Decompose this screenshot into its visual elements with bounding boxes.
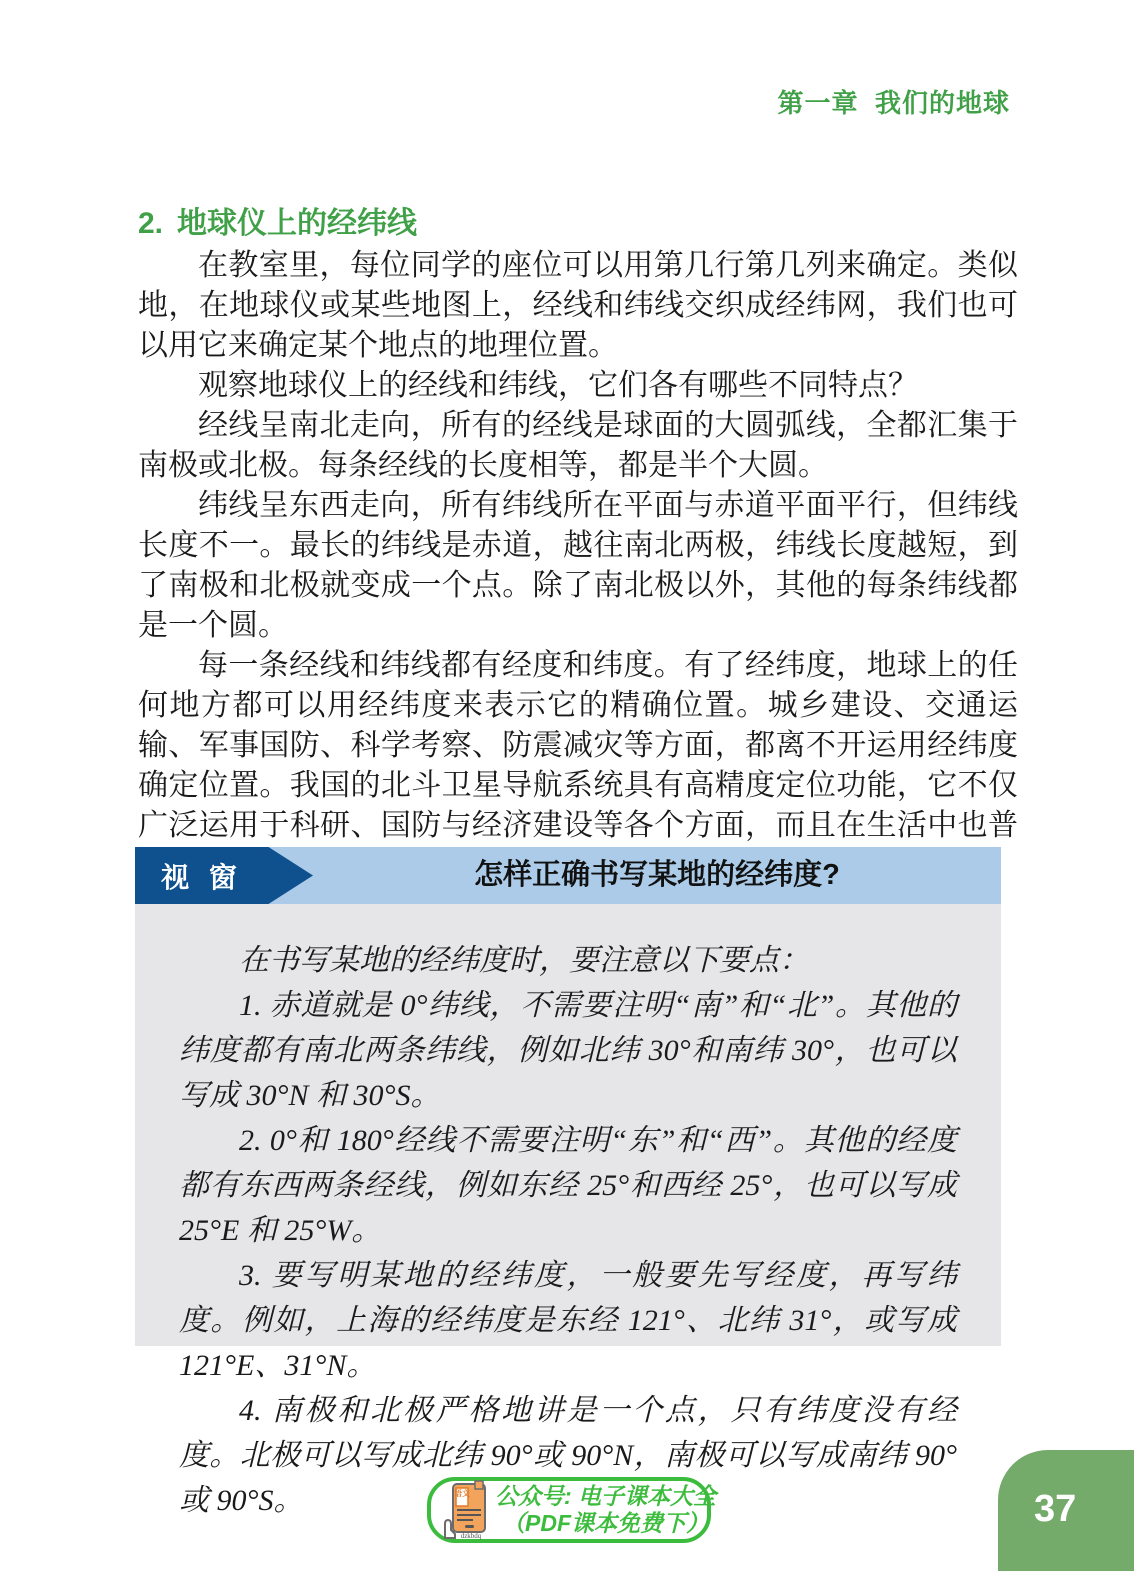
window-box-body: 在书写某地的经纬度时，要注意以下要点： 1. 赤道就是 0°纬线，不需要注明“南… xyxy=(135,904,1001,1346)
ebook-hand-icon: 语文 dzkbdq xyxy=(439,1480,495,1540)
page-corner: 37 xyxy=(998,1450,1134,1571)
watermark-text: 公众号: 电子课本大全 （PDF课本免费下） xyxy=(495,1483,716,1537)
window-box-title: 怎样正确书写某地的经纬度? xyxy=(313,847,1001,904)
page-number: 37 xyxy=(1034,1488,1076,1531)
section-title: 地球仪上的经纬线 xyxy=(177,207,417,240)
section-heading: 2.地球仪上的经纬线 xyxy=(138,198,417,242)
icon-caption: dzkbdq xyxy=(461,1532,482,1540)
paragraph: 纬线呈东西走向，所有纬线所在平面与赤道平面平行，但纬线长度不一。最长的纬线是赤道… xyxy=(138,486,1018,646)
window-box-point: 3. 要写明某地的经纬度，一般要先写经度，再写纬度。例如，上海的经纬度是东经 1… xyxy=(179,1253,957,1388)
watermark-badge: 语文 dzkbdq 公众号: 电子课本大全 （PDF课本免费下） xyxy=(427,1477,711,1543)
textbook-page: 第一章 我们的地球 2.地球仪上的经纬线 在教室里，每位同学的座位可以用第几行第… xyxy=(0,0,1134,1571)
watermark-line2: （PDF课本免费下） xyxy=(495,1510,716,1537)
watermark-line1: 公众号: 电子课本大全 xyxy=(495,1483,716,1510)
icon-subject-label: 语文 xyxy=(454,1488,470,1498)
body-text: 在教室里，每位同学的座位可以用第几行第几列来确定。类似地，在地球仪或某些地图上，… xyxy=(138,246,1018,886)
window-sidebar-box: 视 窗 怎样正确书写某地的经纬度? 在书写某地的经纬度时，要注意以下要点： 1.… xyxy=(135,847,1001,1346)
paragraph: 在教室里，每位同学的座位可以用第几行第几列来确定。类似地，在地球仪或某些地图上，… xyxy=(138,246,1018,366)
window-box-header: 视 窗 怎样正确书写某地的经纬度? xyxy=(135,847,1001,904)
paragraph: 观察地球仪上的经线和纬线，它们各有哪些不同特点？ xyxy=(138,366,1018,406)
window-box-intro: 在书写某地的经纬度时，要注意以下要点： xyxy=(179,938,957,983)
paragraph: 经线呈南北走向，所有的经线是球面的大圆弧线，全都汇集于南极或北极。每条经线的长度… xyxy=(138,406,1018,486)
window-tab-banner: 视 窗 xyxy=(135,847,313,904)
window-box-point: 1. 赤道就是 0°纬线，不需要注明“南”和“北”。其他的纬度都有南北两条纬线，… xyxy=(179,983,957,1118)
chapter-header: 第一章 我们的地球 xyxy=(778,83,1010,120)
window-box-point: 2. 0°和 180°经线不需要注明“东”和“西”。其他的经度都有东西两条经线，… xyxy=(179,1118,957,1253)
section-number: 2. xyxy=(138,207,163,240)
